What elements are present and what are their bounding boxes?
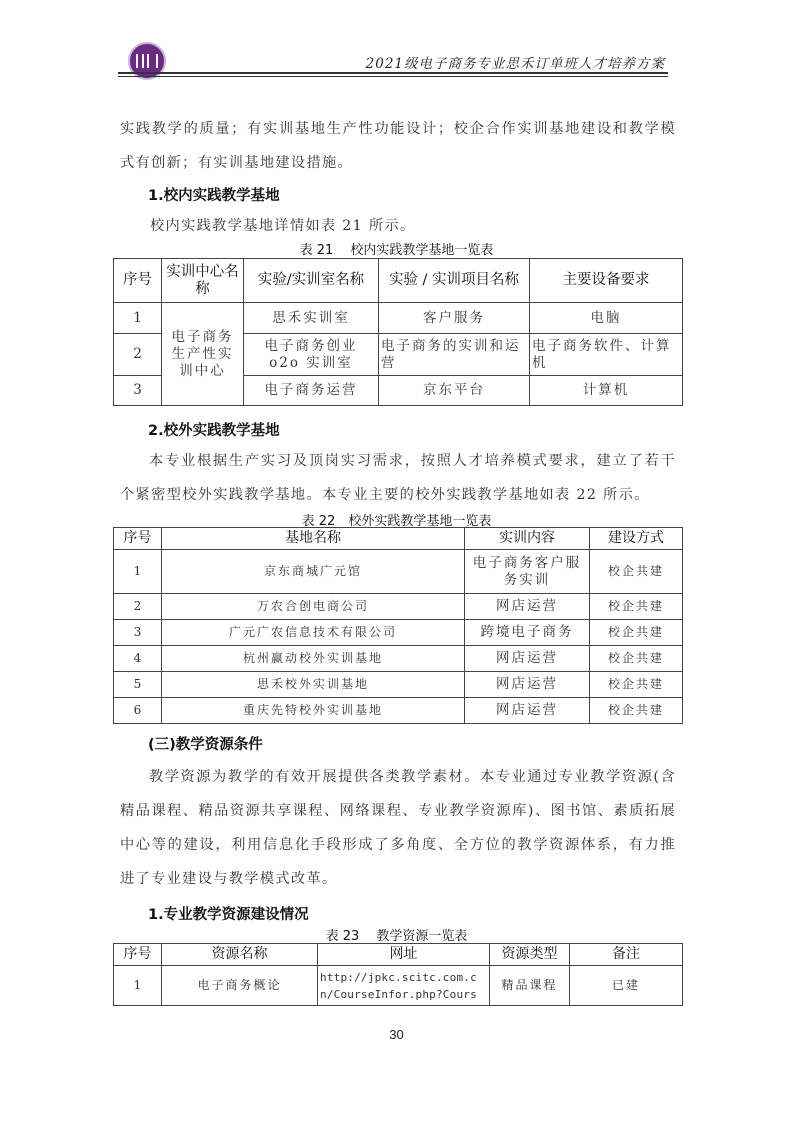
cell-no: 2 bbox=[114, 594, 162, 620]
table23-header-name: 资源名称 bbox=[162, 944, 318, 966]
table23-header-url: 网址 bbox=[318, 944, 490, 966]
table22-header-name: 基地名称 bbox=[162, 528, 465, 550]
table23-header-no: 序号 bbox=[114, 944, 162, 966]
cell-content: 网店运营 bbox=[465, 698, 590, 724]
paragraph-external-base: 本专业根据生产实习及顶岗实习需求，按照人才培养模式要求，建立了若干个紧密型校外实… bbox=[120, 444, 676, 512]
table21-header-equipment: 主要设备要求 bbox=[530, 259, 683, 303]
cell-content: 网店运营 bbox=[465, 646, 590, 672]
cell-mode: 校企共建 bbox=[590, 646, 683, 672]
cell-resource-name: 电子商务概论 bbox=[162, 966, 318, 1006]
paragraph-intro: 实践教学的质量；有实训基地生产性功能设计；校企合作实训基地建设和教学模式有创新；… bbox=[120, 112, 676, 180]
table23-header-note: 备注 bbox=[570, 944, 683, 966]
table-row: 6 重庆先特校外实训基地 网店运营 校企共建 bbox=[114, 698, 683, 724]
table21-header-project: 实验 / 实训项目名称 bbox=[379, 259, 530, 303]
cell-mode: 校企共建 bbox=[590, 550, 683, 594]
cell-room: 电子商务创业 o2o 实训室 bbox=[244, 334, 379, 376]
cell-no: 5 bbox=[114, 672, 162, 698]
cell-base-name: 杭州赢动校外实训基地 bbox=[162, 646, 465, 672]
cell-mode: 校企共建 bbox=[590, 594, 683, 620]
cell-content: 跨境电子商务 bbox=[465, 620, 590, 646]
cell-no: 3 bbox=[114, 376, 162, 406]
cell-equipment: 电子商务软件、计算机 bbox=[530, 334, 683, 376]
cell-no: 3 bbox=[114, 620, 162, 646]
cell-no: 2 bbox=[114, 334, 162, 376]
cell-resource-url[interactable]: http://jpkc.scitc.com.cn/CourseInfor.php… bbox=[318, 966, 490, 1006]
cell-no: 1 bbox=[114, 966, 162, 1006]
cell-base-name: 思禾校外实训基地 bbox=[162, 672, 465, 698]
table21-header-no: 序号 bbox=[114, 259, 162, 303]
cell-project: 电子商务的实训和运营 bbox=[379, 334, 530, 376]
cell-project: 客户服务 bbox=[379, 303, 530, 334]
table23-caption: 表 23 教学资源一览表 bbox=[0, 925, 793, 944]
cell-content: 网店运营 bbox=[465, 672, 590, 698]
table-row: 2 万农合创电商公司 网店运营 校企共建 bbox=[114, 594, 683, 620]
cell-mode: 校企共建 bbox=[590, 672, 683, 698]
section-heading-teaching-resources: (三)教学资源条件 bbox=[148, 733, 263, 754]
table22-header-content: 实训内容 bbox=[465, 528, 590, 550]
cell-project: 京东平台 bbox=[379, 376, 530, 406]
table-row: 4 杭州赢动校外实训基地 网店运营 校企共建 bbox=[114, 646, 683, 672]
cell-content: 电子商务客户服务实训 bbox=[465, 550, 590, 594]
table21-header-room: 实验/实训室名称 bbox=[244, 259, 379, 303]
cell-content: 网店运营 bbox=[465, 594, 590, 620]
cell-room: 电子商务运营 bbox=[244, 376, 379, 406]
section-heading-external-base: 2.校外实践教学基地 bbox=[148, 419, 280, 440]
table-row: 1 京东商城广元馆 电子商务客户服务实训 校企共建 bbox=[114, 550, 683, 594]
cell-note: 已建 bbox=[570, 966, 683, 1006]
cell-no: 1 bbox=[114, 303, 162, 334]
cell-base-name: 京东商城广元馆 bbox=[162, 550, 465, 594]
cell-base-name: 重庆先特校外实训基地 bbox=[162, 698, 465, 724]
cell-no: 6 bbox=[114, 698, 162, 724]
school-emblem-icon bbox=[128, 42, 166, 80]
table23-header-type: 资源类型 bbox=[490, 944, 570, 966]
cell-resource-type: 精品课程 bbox=[490, 966, 570, 1006]
header-rule-thin bbox=[118, 76, 668, 77]
table-internal-bases: 序号 实训中心名称 实验/实训室名称 实验 / 实训项目名称 主要设备要求 1 … bbox=[113, 258, 683, 406]
table-external-bases: 序号 基地名称 实训内容 建设方式 1 京东商城广元馆 电子商务客户服务实训 校… bbox=[113, 527, 683, 724]
cell-mode: 校企共建 bbox=[590, 698, 683, 724]
table-teaching-resources: 序号 资源名称 网址 资源类型 备注 1 电子商务概论 http://jpkc.… bbox=[113, 943, 683, 1006]
table21-caption: 表 21 校内实践教学基地一览表 bbox=[0, 239, 793, 258]
table-row: 5 思禾校外实训基地 网店运营 校企共建 bbox=[114, 672, 683, 698]
cell-base-name: 广元广农信息技术有限公司 bbox=[162, 620, 465, 646]
cell-center-name: 电子商务生产性实训中心 bbox=[162, 303, 244, 406]
cell-no: 4 bbox=[114, 646, 162, 672]
table22-header-mode: 建设方式 bbox=[590, 528, 683, 550]
section-heading-resource-construction: 1.专业教学资源建设情况 bbox=[148, 903, 309, 924]
cell-no: 1 bbox=[114, 550, 162, 594]
cell-room: 思禾实训室 bbox=[244, 303, 379, 334]
table-row: 1 电子商务生产性实训中心 思禾实训室 客户服务 电脑 bbox=[114, 303, 683, 334]
table-row: 1 电子商务概论 http://jpkc.scitc.com.cn/Course… bbox=[114, 966, 683, 1006]
cell-equipment: 计算机 bbox=[530, 376, 683, 406]
cell-base-name: 万农合创电商公司 bbox=[162, 594, 465, 620]
table22-header-no: 序号 bbox=[114, 528, 162, 550]
paragraph-teaching-resources: 教学资源为教学的有效开展提供各类教学素材。本专业通过专业教学资源(含精品课程、精… bbox=[120, 760, 676, 896]
header-rule bbox=[118, 72, 668, 74]
paragraph-internal-base: 校内实践教学基地详情如表 21 所示。 bbox=[150, 209, 670, 243]
table21-header-center: 实训中心名称 bbox=[162, 259, 244, 303]
document-header-title: 2021级电子商务专业思禾订单班人才培养方案 bbox=[366, 52, 665, 72]
cell-equipment: 电脑 bbox=[530, 303, 683, 334]
table-row: 3 广元广农信息技术有限公司 跨境电子商务 校企共建 bbox=[114, 620, 683, 646]
page-number: 30 bbox=[0, 1027, 793, 1042]
section-heading-internal-base: 1.校内实践教学基地 bbox=[148, 184, 280, 205]
cell-mode: 校企共建 bbox=[590, 620, 683, 646]
